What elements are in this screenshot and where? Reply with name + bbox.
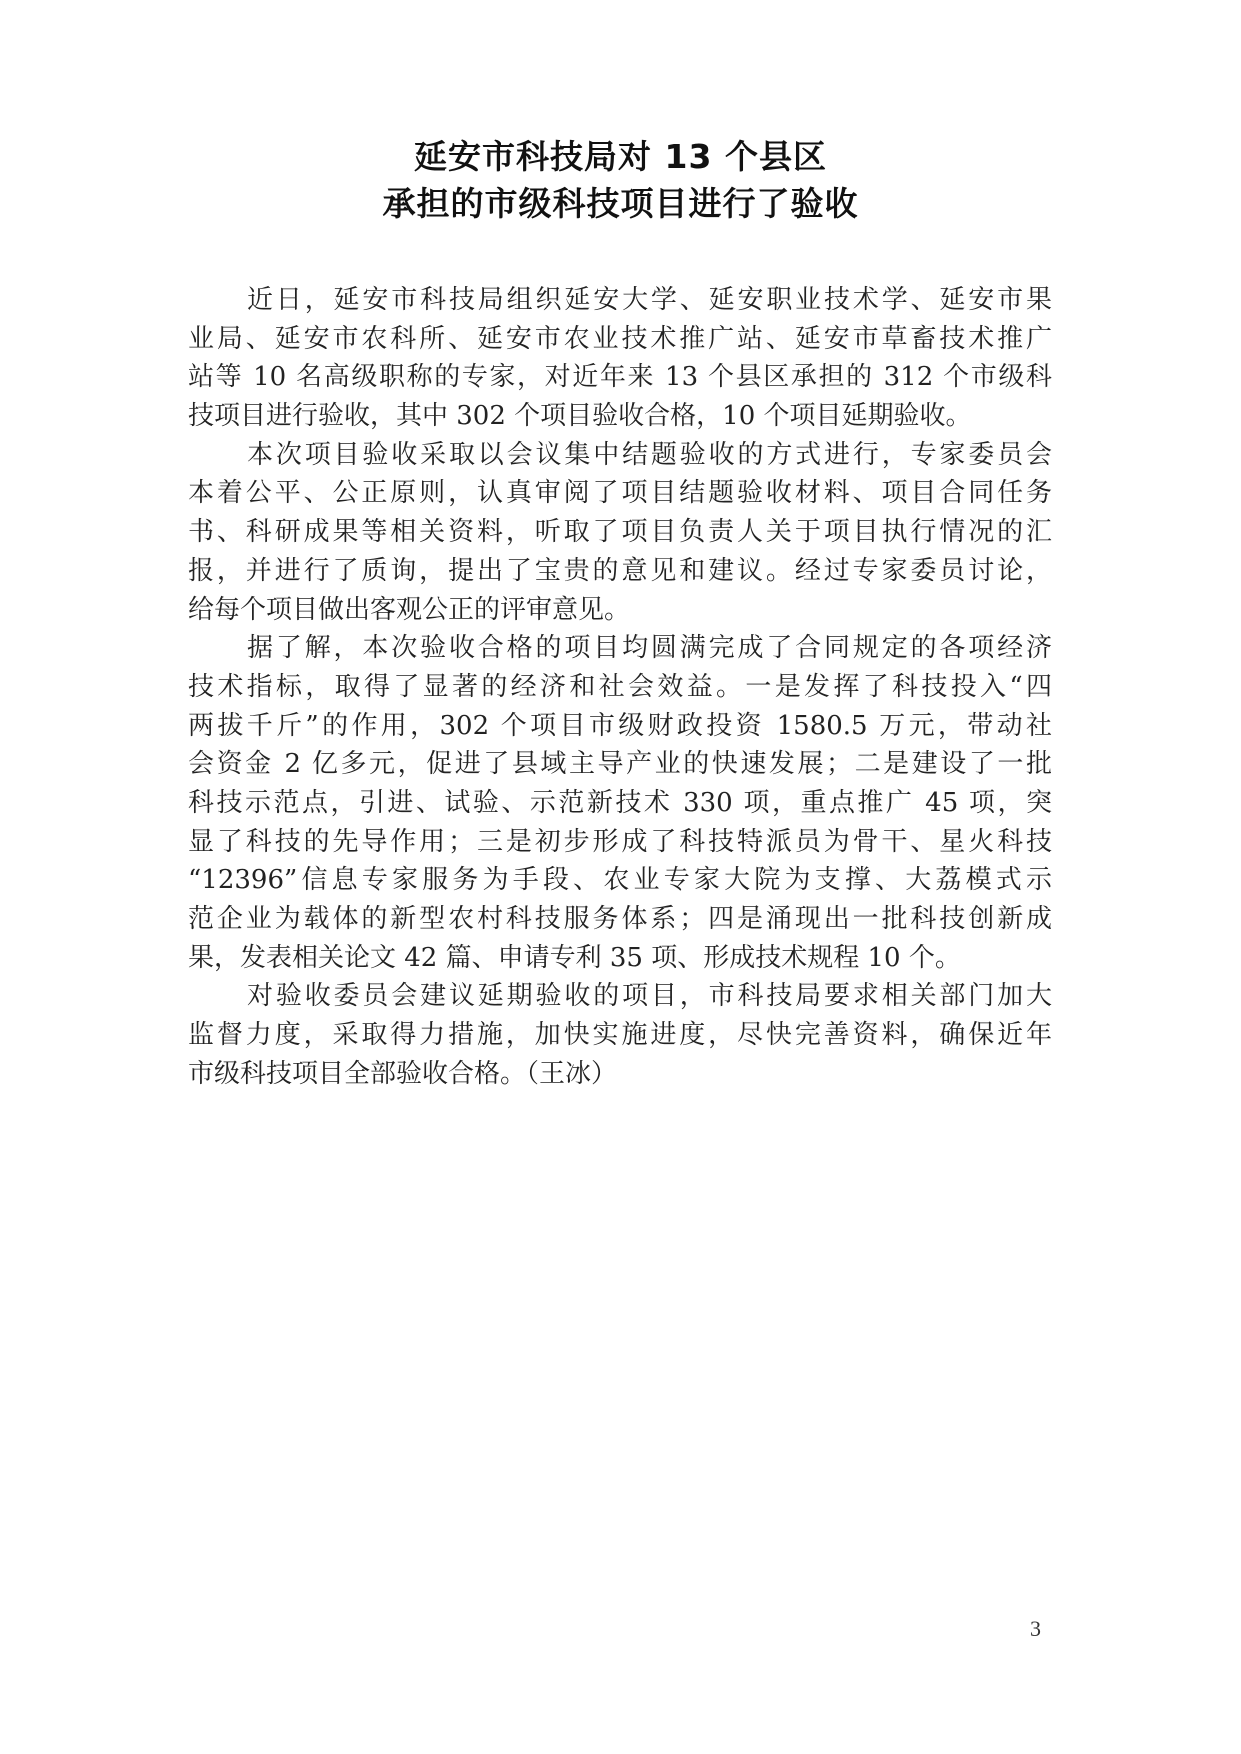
text-line: 果，发表相关论文 42 篇、申请专利 35 项、形成技术规程 10 个。 (188, 939, 1052, 978)
text-line: “12396”信息专家服务为手段、农业专家大院为支撑、大荔模式示 (188, 861, 1052, 900)
text-line: 近日，延安市科技局组织延安大学、延安职业技术学、延安市果 (188, 281, 1052, 320)
text-line: 对验收委员会建议延期验收的项目，市科技局要求相关部门加大 (188, 977, 1052, 1016)
paragraph-4: 对验收委员会建议延期验收的项目，市科技局要求相关部门加大 监督力度，采取得力措施… (188, 977, 1052, 1093)
page-number: 3 (1030, 1616, 1041, 1642)
text-line: 科技示范点，引进、试验、示范新技术 330 项，重点推广 45 项，突 (188, 784, 1052, 823)
text-line: 站等 10 名高级职称的专家，对近年来 13 个县区承担的 312 个市级科 (188, 358, 1052, 397)
document-page: 延安市科技局对 13 个县区 承担的市级科技项目进行了验收 近日，延安市科技局组… (0, 0, 1241, 1754)
article-body: 近日，延安市科技局组织延安大学、延安职业技术学、延安市果 业局、延安市农科所、延… (188, 281, 1052, 1093)
text-line: 监督力度，采取得力措施，加快实施进度，尽快完善资料，确保近年 (188, 1016, 1052, 1055)
text-line: 显了科技的先导作用；三是初步形成了科技特派员为骨干、星火科技 (188, 823, 1052, 862)
text-line: 两拔千斤”的作用，302 个项目市级财政投资 1580.5 万元，带动社 (188, 707, 1052, 746)
text-line: 据了解，本次验收合格的项目均圆满完成了合同规定的各项经济 (188, 629, 1052, 668)
text-line: 本着公平、公正原则，认真审阅了项目结题验收材料、项目合同任务 (188, 474, 1052, 513)
text-line: 市级科技项目全部验收合格。（王冰） (188, 1055, 1052, 1094)
paragraph-1: 近日，延安市科技局组织延安大学、延安职业技术学、延安市果 业局、延安市农科所、延… (188, 281, 1052, 436)
paragraph-3: 据了解，本次验收合格的项目均圆满完成了合同规定的各项经济 技术指标，取得了显著的… (188, 629, 1052, 977)
text-line: 技术指标，取得了显著的经济和社会效益。一是发挥了科技投入“四 (188, 668, 1052, 707)
title-line-2: 承担的市级科技项目进行了验收 (0, 180, 1241, 227)
text-line: 报，并进行了质询，提出了宝贵的意见和建议。经过专家委员讨论， (188, 552, 1052, 591)
text-line: 本次项目验收采取以会议集中结题验收的方式进行，专家委员会 (188, 436, 1052, 475)
text-line: 业局、延安市农科所、延安市农业技术推广站、延安市草畜技术推广 (188, 320, 1052, 359)
paragraph-2: 本次项目验收采取以会议集中结题验收的方式进行，专家委员会 本着公平、公正原则，认… (188, 436, 1052, 629)
text-line: 范企业为载体的新型农村科技服务体系；四是涌现出一批科技创新成 (188, 900, 1052, 939)
text-line: 书、科研成果等相关资料，听取了项目负责人关于项目执行情况的汇 (188, 513, 1052, 552)
text-line: 技项目进行验收，其中 302 个项目验收合格，10 个项目延期验收。 (188, 397, 1052, 436)
text-line: 会资金 2 亿多元，促进了县域主导产业的快速发展；二是建设了一批 (188, 745, 1052, 784)
title-line-1: 延安市科技局对 13 个县区 (0, 133, 1241, 180)
text-line: 给每个项目做出客观公正的评审意见。 (188, 591, 1052, 630)
article-title: 延安市科技局对 13 个县区 承担的市级科技项目进行了验收 (0, 133, 1241, 227)
